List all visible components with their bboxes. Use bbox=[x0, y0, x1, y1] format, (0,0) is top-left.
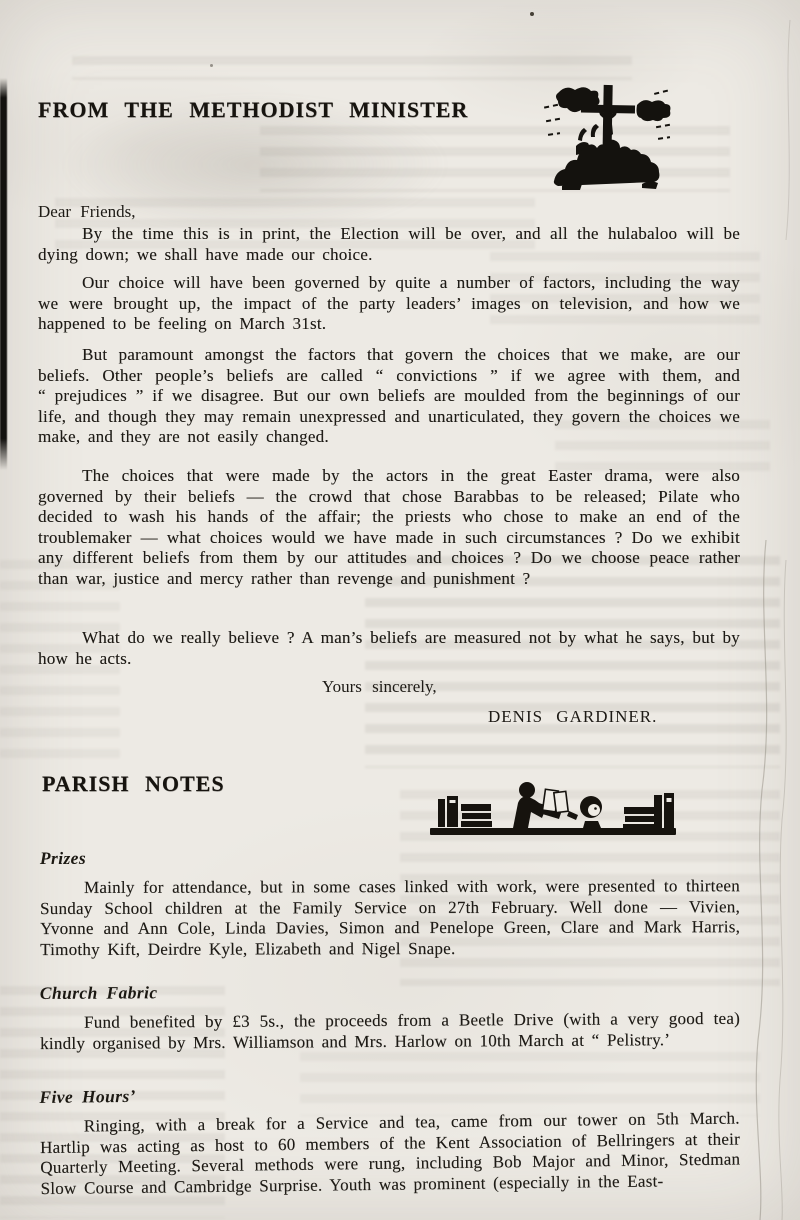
note-body-five-hours: Ringing, with a break for a Service and … bbox=[40, 1108, 741, 1199]
note-heading-five-hours: Five Hours’ bbox=[39, 1078, 739, 1108]
letter-signature: DENIS GARDINER. bbox=[488, 707, 657, 727]
note-heading-prizes: Prizes bbox=[40, 846, 740, 869]
scan-edge-artifact bbox=[0, 78, 7, 470]
note-prizes: Prizes Mainly for attendance, but in som… bbox=[40, 846, 740, 960]
letter-paragraph: The choices that were made by the actors… bbox=[38, 466, 740, 590]
bleedthrough-artifact bbox=[72, 56, 632, 80]
letter-closing: Yours sincerely, bbox=[322, 677, 437, 697]
letter-paragraph: What do we really believe ? A man’s beli… bbox=[38, 628, 740, 669]
letter-paragraph: By the time this is in print, the Electi… bbox=[38, 224, 740, 265]
scan-speck bbox=[210, 64, 213, 67]
note-body-prizes: Mainly for attendance, but in some cases… bbox=[40, 876, 740, 960]
reading-desk-illustration bbox=[428, 777, 678, 849]
letter-paragraph: But paramount amongst the factors that g… bbox=[38, 345, 740, 448]
note-five-hours: Five Hours’ Ringing, with a break for a … bbox=[39, 1078, 740, 1199]
note-church-fabric: Church Fabric Fund benefited by £3 5s., … bbox=[40, 979, 740, 1054]
note-body-church-fabric: Fund benefited by £3 5s., the proceeds f… bbox=[40, 1009, 740, 1054]
page-crease-artifact bbox=[730, 0, 800, 1220]
letter-salutation: Dear Friends, bbox=[38, 202, 136, 222]
note-heading-church-fabric: Church Fabric bbox=[40, 979, 740, 1004]
section-title-parish-notes: PARISH NOTES bbox=[42, 771, 225, 797]
crucifix-illustration bbox=[542, 80, 674, 194]
scanned-magazine-page: FROM THE METHODIST MINISTER bbox=[0, 0, 800, 1220]
scan-speck bbox=[530, 12, 534, 16]
letter-paragraph: Our choice will have been governed by qu… bbox=[38, 273, 740, 335]
section-title-methodist-minister: FROM THE METHODIST MINISTER bbox=[38, 97, 468, 123]
